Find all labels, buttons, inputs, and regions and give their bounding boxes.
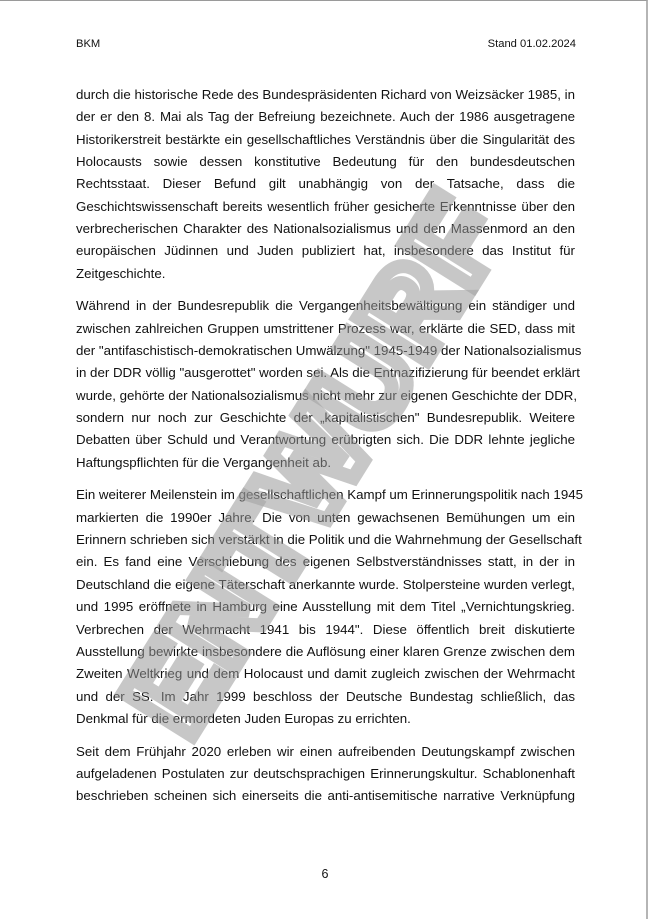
text-line: Denkmal für die ermordeten Juden Europas… — [76, 708, 575, 730]
text-line: Haftungspflichten für die Vergangenheit … — [76, 452, 575, 474]
text-line: und 1995 eröffnete in Hamburg eine Ausst… — [76, 596, 575, 618]
text-line: verbrecherischen Charakter des Nationals… — [76, 218, 575, 240]
page-number: 6 — [0, 867, 650, 881]
text-line: Während in der Bundesrepublik die Vergan… — [76, 295, 575, 317]
header-date: Stand 01.02.2024 — [488, 38, 576, 50]
paragraph: Ein weiterer Meilenstein im gesellschaft… — [76, 484, 575, 730]
text-line: wurde, gehörte der Nationalsozialismus n… — [76, 385, 575, 407]
header-organization: BKM — [76, 38, 100, 50]
text-line: Zweiten Weltkrieg und dem Holocaust und … — [76, 663, 575, 685]
text-line: Verbrechen der Wehrmacht 1941 bis 1944".… — [76, 619, 575, 641]
text-line: beschrieben scheinen sich einerseits die… — [76, 785, 575, 807]
text-line: Zeitgeschichte. — [76, 263, 575, 285]
text-line: europäischen Jüdinnen und Juden publizie… — [76, 240, 575, 262]
text-line: ein. Es fand eine Verschiebung des eigen… — [76, 551, 575, 573]
text-line: Holocausts sowie dessen konstitutive Bed… — [76, 151, 575, 173]
text-line: durch die historische Rede des Bundesprä… — [76, 84, 575, 106]
text-line: Erinnern schrieben sich verstärkt in die… — [76, 529, 575, 551]
page-header: BKM Stand 01.02.2024 — [76, 38, 576, 50]
text-line: Seit dem Frühjahr 2020 erleben wir einen… — [76, 741, 575, 763]
text-line: der "antifaschistisch-demokratischen Umw… — [76, 340, 575, 362]
text-line: aufgeladenen Postulaten zur deutschsprac… — [76, 763, 575, 785]
document-body: durch die historische Rede des Bundesprä… — [76, 84, 575, 818]
text-line: Geschichtswissenschaft bereits wesentlic… — [76, 196, 575, 218]
text-line: Rechtsstaat. Dieser Befund gilt unabhäng… — [76, 173, 575, 195]
text-line: Ausstellung bewirkte insbesondere die Au… — [76, 641, 575, 663]
text-line: Historikerstreit bestärkte ein gesellsch… — [76, 129, 575, 151]
paragraph: durch die historische Rede des Bundesprä… — [76, 84, 575, 285]
text-line: markierten die 1990er Jahre. Die von unt… — [76, 507, 575, 529]
paragraph: Seit dem Frühjahr 2020 erleben wir einen… — [76, 741, 575, 808]
text-line: sondern nur noch zur Geschichte der „kap… — [76, 407, 575, 429]
text-line: zwischen zahlreichen Gruppen umstrittene… — [76, 318, 575, 340]
paragraph: Während in der Bundesrepublik die Vergan… — [76, 295, 575, 474]
text-line: Ein weiterer Meilenstein im gesellschaft… — [76, 484, 575, 506]
text-line: Debatten über Schuld und Verantwortung e… — [76, 429, 575, 451]
text-line: und der SS. Im Jahr 1999 beschloss der D… — [76, 686, 575, 708]
text-line: der er den 8. Mai als Tag der Befreiung … — [76, 106, 575, 128]
text-line: in der DDR völlig "ausgerottet" worden s… — [76, 362, 575, 384]
text-line: Deutschland die eigene Täterschaft anerk… — [76, 574, 575, 596]
